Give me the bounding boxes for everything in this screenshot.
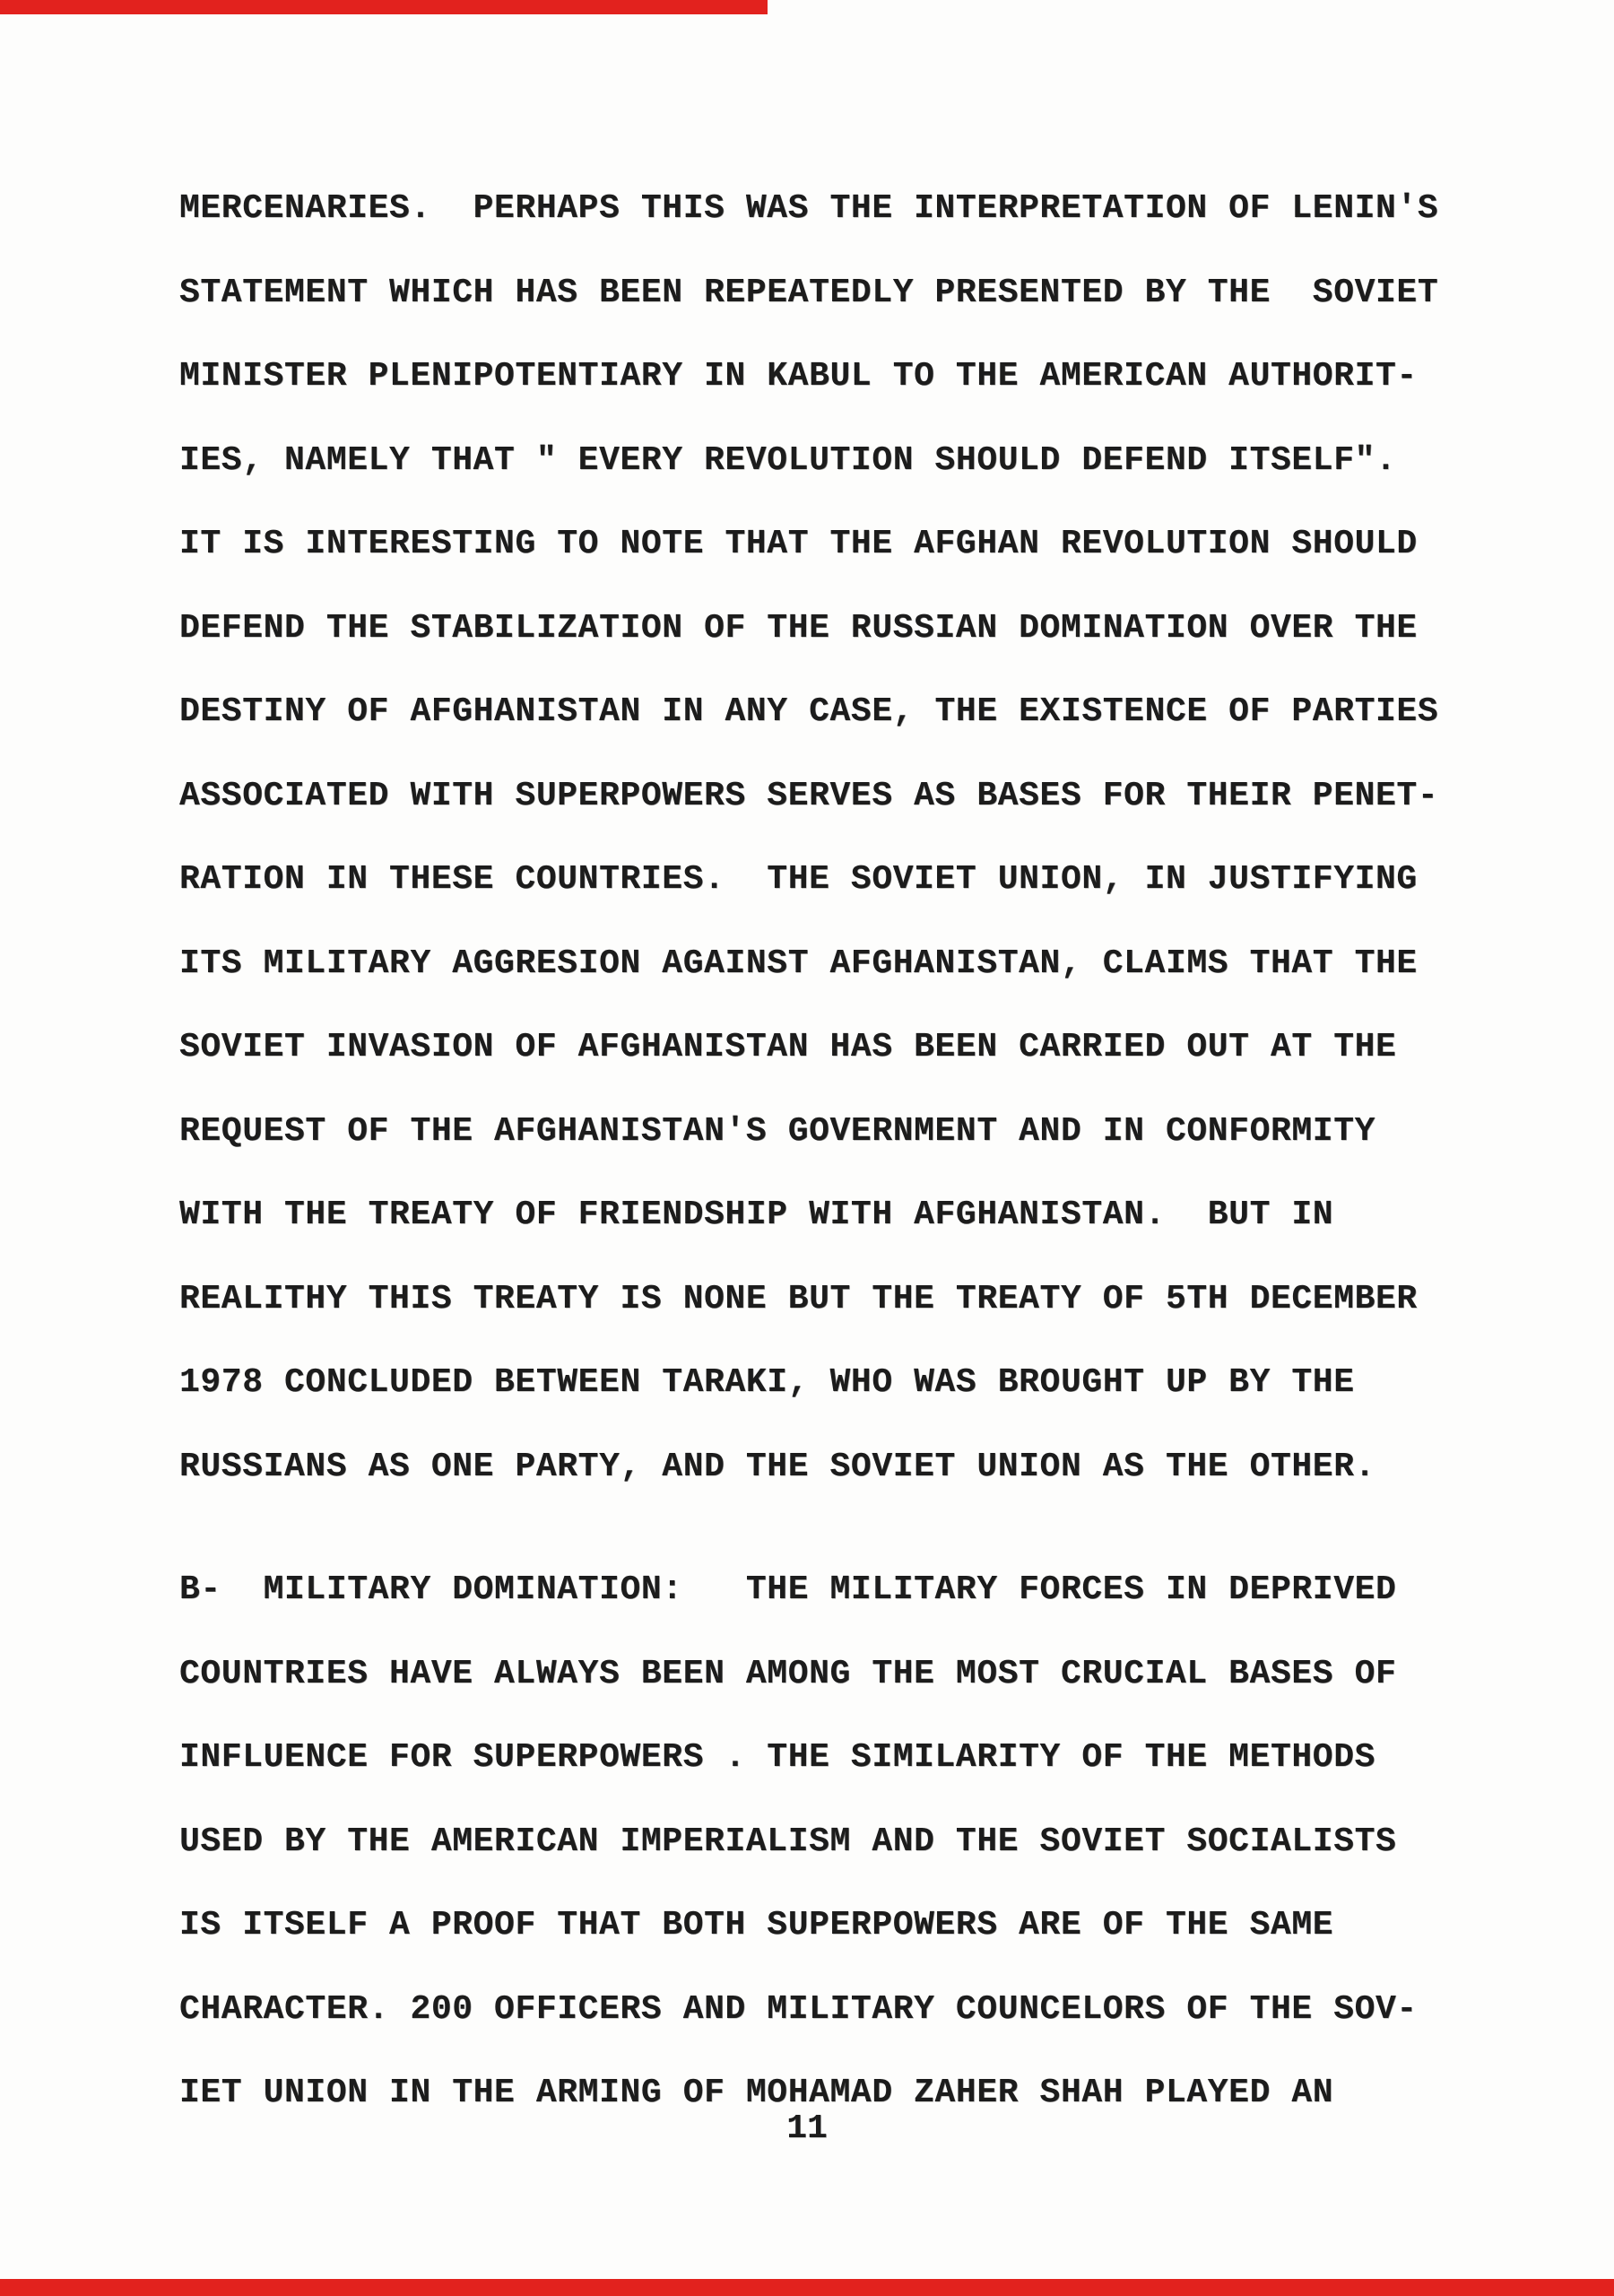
text-line: IT IS INTERESTING TO NOTE THAT THE AFGHA… (179, 502, 1488, 587)
text-line: MERCENARIES. PERHAPS THIS WAS THE INTERP… (179, 167, 1488, 251)
text-line: DEFEND THE STABILIZATION OF THE RUSSIAN … (179, 587, 1488, 671)
text-line: DESTINY OF AFGHANISTAN IN ANY CASE, THE … (179, 670, 1488, 754)
text-line: ASSOCIATED WITH SUPERPOWERS SERVES AS BA… (179, 754, 1488, 839)
text-line: 1978 CONCLUDED BETWEEN TARAKI, WHO WAS B… (179, 1341, 1488, 1425)
red-scan-mark-top (0, 0, 768, 14)
document-page: MERCENARIES. PERHAPS THIS WAS THE INTERP… (0, 0, 1614, 2296)
text-line: IS ITSELF A PROOF THAT BOTH SUPERPOWERS … (179, 1883, 1488, 1968)
text-line: REALITHY THIS TREATY IS NONE BUT THE TRE… (179, 1257, 1488, 1342)
text-line: RATION IN THESE COUNTRIES. THE SOVIET UN… (179, 838, 1488, 922)
text-line: RUSSIANS AS ONE PARTY, AND THE SOVIET UN… (179, 1425, 1488, 1509)
text-line: ITS MILITARY AGGRESION AGAINST AFGHANIST… (179, 922, 1488, 1006)
text-line: WITH THE TREATY OF FRIENDSHIP WITH AFGHA… (179, 1173, 1488, 1257)
page-number: 11 (0, 2109, 1614, 2148)
text-line: STATEMENT WHICH HAS BEEN REPEATEDLY PRES… (179, 251, 1488, 335)
text-line: MINISTER PLENIPOTENTIARY IN KABUL TO THE… (179, 335, 1488, 419)
red-scan-mark-bottom (0, 2279, 1614, 2296)
text-line: IES, NAMELY THAT " EVERY REVOLUTION SHOU… (179, 419, 1488, 503)
document-text: MERCENARIES. PERHAPS THIS WAS THE INTERP… (179, 167, 1488, 2135)
text-line: B- MILITARY DOMINATION: THE MILITARY FOR… (179, 1548, 1488, 1632)
text-line: COUNTRIES HAVE ALWAYS BEEN AMONG THE MOS… (179, 1632, 1488, 1717)
text-line: INFLUENCE FOR SUPERPOWERS . THE SIMILARI… (179, 1716, 1488, 1800)
paragraph: B- MILITARY DOMINATION: THE MILITARY FOR… (179, 1548, 1488, 2135)
text-line: SOVIET INVASION OF AFGHANISTAN HAS BEEN … (179, 1005, 1488, 1090)
paragraph: MERCENARIES. PERHAPS THIS WAS THE INTERP… (179, 167, 1488, 1509)
text-line: USED BY THE AMERICAN IMPERIALISM AND THE… (179, 1800, 1488, 1884)
text-line: CHARACTER. 200 OFFICERS AND MILITARY COU… (179, 1968, 1488, 2052)
text-line: REQUEST OF THE AFGHANISTAN'S GOVERNMENT … (179, 1090, 1488, 1174)
